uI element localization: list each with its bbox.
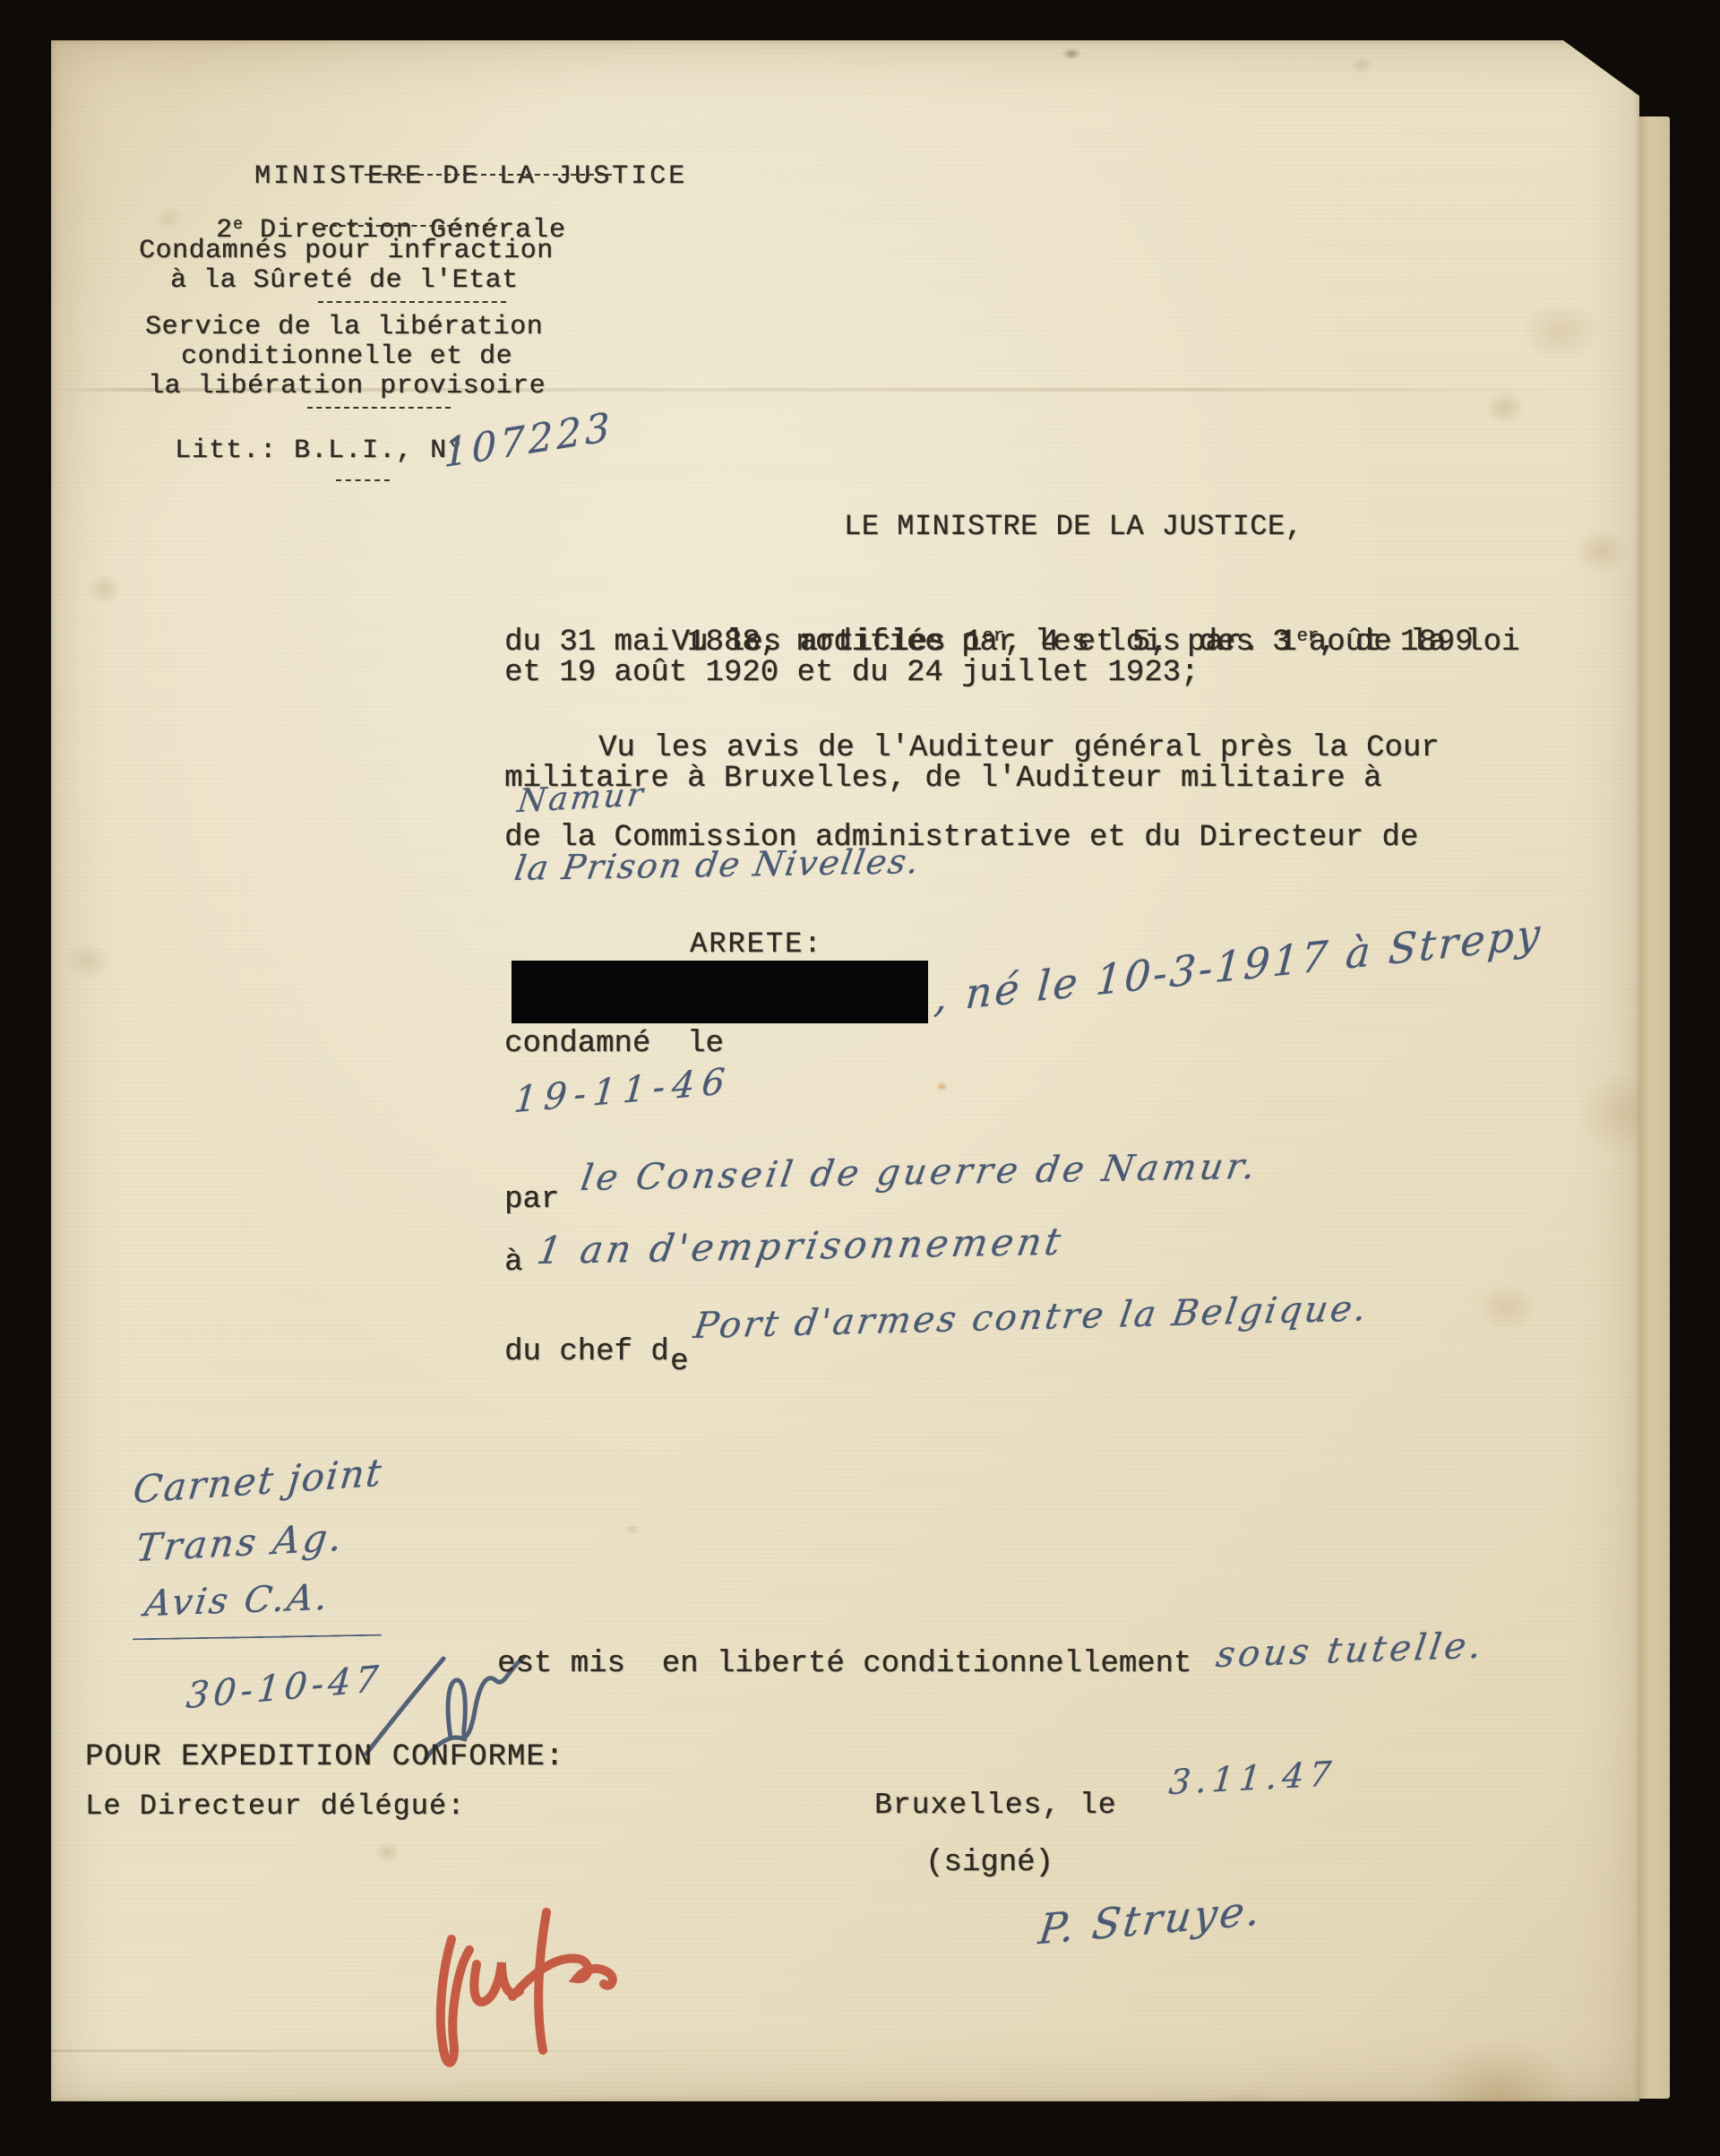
stain — [1475, 1281, 1538, 1333]
paragraph1-line2: du 31 mai 1888, modifiée par les lois de… — [504, 627, 1473, 658]
service-line-5: la libération provisoire — [148, 373, 546, 400]
ministry-name-part1: MINISTERE — [254, 161, 443, 192]
red-crayon-paraph — [421, 1900, 636, 2088]
chef-label: du chef d — [504, 1337, 669, 1367]
underline-ministry — [365, 174, 612, 176]
condamne-label: condamné le — [504, 1029, 724, 1059]
handwritten-auditor-city: Namur — [516, 779, 648, 818]
document-title: LE MINISTRE DE LA JUSTICE, — [844, 513, 1303, 541]
arrete-heading: ARRETE: — [690, 930, 822, 959]
handwritten-court: le Conseil de guerre de Namur. — [579, 1149, 1261, 1196]
stain — [64, 941, 111, 980]
par-label: par — [504, 1185, 559, 1215]
handwritten-birth-info: , né le 10-3-1917 à Strepy — [933, 912, 1544, 1018]
stain — [1207, 2088, 1287, 2142]
service-line-4: conditionnelle et de — [181, 343, 512, 370]
stain — [936, 1082, 948, 1091]
stain — [624, 1523, 641, 1536]
paragraph1-line3: et 19 août 1920 et du 24 juillet 1923; — [504, 658, 1199, 688]
handwritten-sentence-date: 19-11-46 — [512, 1064, 733, 1119]
direction-sup: e — [233, 216, 243, 234]
underline-ref — [336, 479, 390, 481]
underlying-sheet-edge — [1636, 116, 1670, 2099]
handwritten-offense: Port d'armes contre la Belgique. — [692, 1290, 1372, 1344]
stain — [1574, 529, 1628, 573]
margin-ink-underline — [133, 1634, 382, 1641]
conforme-line: POUR EXPEDITION CONFORME: — [85, 1742, 564, 1772]
paragraph2-line1: Vu les avis de l'Auditeur général près l… — [598, 733, 1440, 763]
stain — [1520, 300, 1601, 363]
margin-note-carnet: Carnet joint — [132, 1453, 385, 1509]
stain — [1062, 47, 1081, 60]
service-line-1: Condamnés pour infraction — [139, 237, 554, 264]
reference-label: Litt.: B.L.I., N° — [175, 437, 464, 464]
a-label: à — [504, 1247, 522, 1278]
signe-line: (signé) — [925, 1848, 1053, 1878]
margin-note-avis: Avis C.A. — [142, 1580, 332, 1622]
reference-number-handwritten: 107223 — [443, 408, 614, 474]
directeur-line: Le Directeur délégué: — [85, 1792, 465, 1821]
underline-provisoire — [307, 407, 451, 409]
redaction-bar — [512, 961, 928, 1023]
handwritten-prison: la Prison de Nivelles. — [512, 844, 923, 885]
stain — [374, 1841, 400, 1863]
underline-surete — [318, 301, 506, 303]
margin-note-trans: Trans Ag. — [133, 1519, 347, 1568]
margin-date: 30-10-47 — [185, 1661, 383, 1715]
handwritten-footer-date: 3.11.47 — [1167, 1756, 1337, 1799]
stain — [1350, 56, 1373, 74]
service-line-3: Service de la libération — [145, 314, 543, 341]
handwritten-penalty: 1 an d'emprisonnement — [535, 1223, 1067, 1270]
service-line-2: à la Sûreté de l'Etat — [170, 267, 519, 294]
handwritten-signature: P. Struye. — [1036, 1889, 1265, 1950]
stain — [1484, 390, 1526, 426]
release-typed: est mis en liberté conditionnellement — [497, 1649, 1191, 1679]
ministry-name-part2: DE LA JUSTICE — [443, 161, 687, 192]
document-page: MINISTERE DE LA JUSTICE 2e Direction Gén… — [51, 40, 1639, 2101]
bruxelles-line: Bruxelles, le — [874, 1790, 1116, 1820]
stain — [1422, 2039, 1574, 2146]
handwritten-tutelle: sous tutelle. — [1214, 1627, 1487, 1673]
chef-label-e: e — [670, 1347, 688, 1377]
stain — [87, 573, 123, 604]
underline-direction — [322, 225, 497, 227]
